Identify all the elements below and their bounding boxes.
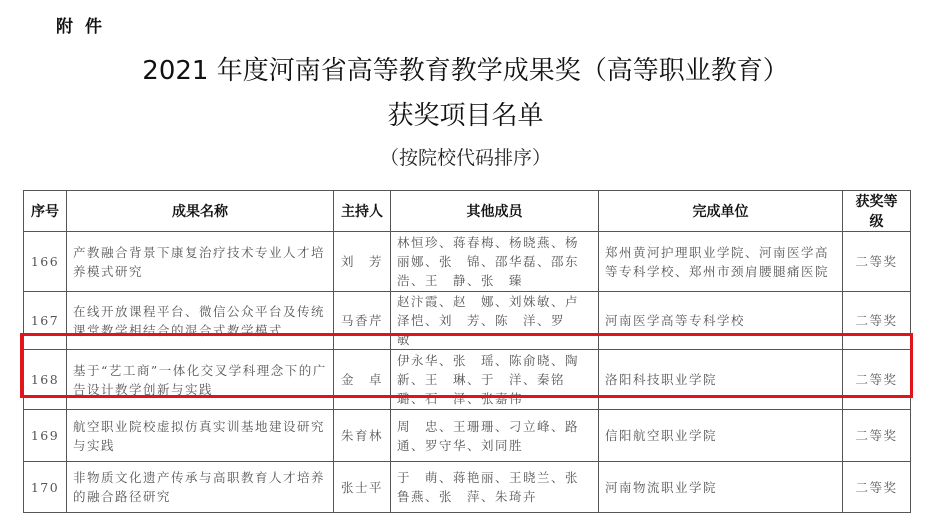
cell-host: 朱育林 [334,410,391,462]
cell-host: 张士平 [334,462,391,513]
table-row: 167 在线开放课程平台、微信公众平台及传统课堂教学相结合的混合式教学模式 马香… [24,292,911,350]
column-header-no: 序号 [24,191,67,232]
cell-name: 在线开放课程平台、微信公众平台及传统课堂教学相结合的混合式教学模式 [67,292,334,350]
cell-members: 伊永华、张 瑶、陈俞晓、陶 新、王 琳、于 洋、秦铭璐、石 泽、张嘉伟 [391,350,599,410]
cell-name: 航空职业院校虚拟仿真实训基地建设研究与实践 [67,410,334,462]
column-header-grade: 获奖等级 [843,191,911,232]
awards-table: 序号 成果名称 主持人 其他成员 完成单位 获奖等级 166 产教融合背景下康复… [23,190,911,513]
cell-no: 168 [24,350,67,410]
table-row: 170 非物质文化遗产传承与高职教育人才培养的融合路径研究 张士平 于 萌、蒋艳… [24,462,911,513]
cell-members: 于 萌、蒋艳丽、王晓兰、张鲁燕、张 萍、朱琦卉 [391,462,599,513]
cell-grade: 二等奖 [843,292,911,350]
cell-no: 167 [24,292,67,350]
cell-members: 林恒珍、蒋春梅、杨晓燕、杨丽娜、张 锦、邵华磊、邵东浩、王 静、张 臻 [391,232,599,292]
cell-grade: 二等奖 [843,350,911,410]
cell-host: 金 卓 [334,350,391,410]
cell-unit: 洛阳科技职业学院 [599,350,843,410]
attachment-label: 附件 [56,12,114,37]
table-header-row: 序号 成果名称 主持人 其他成员 完成单位 获奖等级 [24,191,911,232]
cell-host: 刘 芳 [334,232,391,292]
column-header-host: 主持人 [334,191,391,232]
cell-grade: 二等奖 [843,462,911,513]
cell-unit: 郑州黄河护理职业学院、河南医学高等专科学校、郑州市颈肩腰腿痛医院 [599,232,843,292]
document-title: 2021 年度河南省高等教育教学成果奖（高等职业教育） [0,50,931,87]
cell-no: 166 [24,232,67,292]
cell-unit: 信阳航空职业学院 [599,410,843,462]
cell-members: 周 忠、王珊珊、刁立峰、路 通、罗守华、刘同胜 [391,410,599,462]
cell-unit: 河南物流职业学院 [599,462,843,513]
cell-unit: 河南医学高等专科学校 [599,292,843,350]
cell-no: 169 [24,410,67,462]
cell-name: 产教融合背景下康复治疗技术专业人才培养模式研究 [67,232,334,292]
cell-no: 170 [24,462,67,513]
table-row: 166 产教融合背景下康复治疗技术专业人才培养模式研究 刘 芳 林恒珍、蒋春梅、… [24,232,911,292]
column-header-members: 其他成员 [391,191,599,232]
cell-members: 赵汴霞、赵 娜、刘姝敏、卢泽恺、刘 芳、陈 洋、罗 敏 [391,292,599,350]
document-title-line2: 获奖项目名单 [0,95,931,132]
cell-name: 非物质文化遗产传承与高职教育人才培养的融合路径研究 [67,462,334,513]
document-subtitle: （按院校代码排序） [0,143,931,170]
column-header-unit: 完成单位 [599,191,843,232]
cell-name: 基于“艺工商”一体化交叉学科理念下的广告设计教学创新与实践 [67,350,334,410]
cell-grade: 二等奖 [843,410,911,462]
cell-grade: 二等奖 [843,232,911,292]
column-header-name: 成果名称 [67,191,334,232]
cell-host: 马香芹 [334,292,391,350]
table-row-highlighted: 168 基于“艺工商”一体化交叉学科理念下的广告设计教学创新与实践 金 卓 伊永… [24,350,911,410]
table-row: 169 航空职业院校虚拟仿真实训基地建设研究与实践 朱育林 周 忠、王珊珊、刁立… [24,410,911,462]
